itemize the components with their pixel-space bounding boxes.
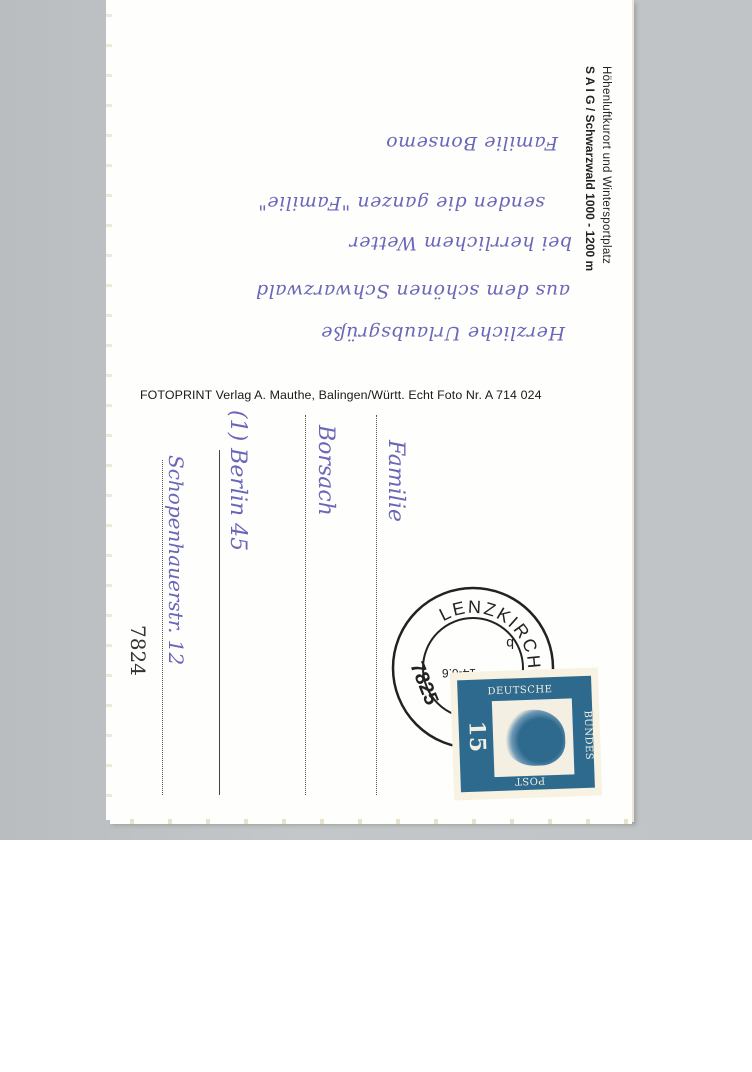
publisher-imprint: FOTOPRINT Verlag A. Mauthe, Balingen/Wür…: [140, 388, 542, 402]
address-line-rule: [162, 460, 163, 795]
address-street: Schopenhauerstr. 12: [164, 455, 188, 665]
address-name: Familie: [383, 440, 408, 522]
message-line-3: bei herrlichem Wetter: [272, 232, 572, 254]
svg-text:LENZKIRCH: LENZKIRCH: [431, 585, 556, 679]
address-line-rule: [376, 415, 377, 795]
postage-stamp: DEUTSCHE BUNDES POST 15: [450, 667, 602, 800]
resort-title: Höhenluftkurort und Wintersportplatz: [600, 66, 612, 264]
postmark-city: LENZKIRCH: [431, 585, 556, 679]
message-line-1: Herzliche Urlaubsgrüße: [245, 322, 565, 344]
address-line-rule: [219, 450, 220, 795]
stamp-country-side: BUNDES: [582, 710, 595, 760]
postmark-postcode: 7825: [405, 659, 442, 709]
message-line-4: senden die ganzen "Familie": [185, 192, 545, 214]
portrait-head-icon: [502, 709, 566, 767]
stamp-value: 15: [463, 720, 490, 753]
message-line-5: Familie Bonsemo: [258, 132, 558, 154]
stamp-country-top: DEUTSCHE: [487, 684, 552, 697]
stamp-portrait: [492, 698, 575, 777]
message-line-2: aus dem schönen Schwarzwald: [150, 280, 570, 302]
pencil-note: 7824: [126, 625, 150, 676]
address-line-rule: [305, 415, 306, 795]
deckle-edge-bottom: [110, 819, 632, 824]
postmark-letter: b: [506, 636, 514, 652]
stamp-post-label: POST: [514, 774, 545, 786]
address-surname: Borsach: [313, 425, 338, 516]
stamp-frame: DEUTSCHE BUNDES POST 15: [457, 676, 595, 793]
deckle-edge-left: [106, 0, 112, 820]
resort-location: S A I G / Schwarzwald 1000 - 1200 m: [583, 66, 597, 271]
address-city: (1) Berlin 45: [225, 410, 250, 551]
